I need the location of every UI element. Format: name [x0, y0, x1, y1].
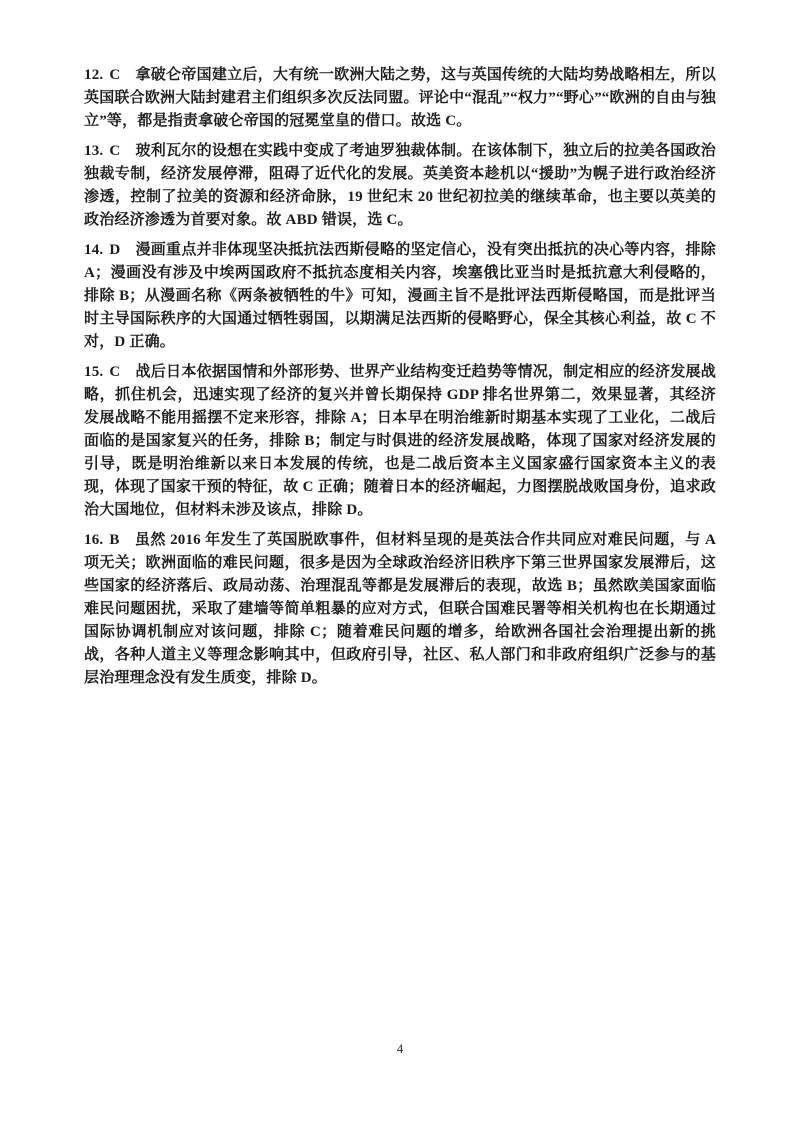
question-number: 15. — [84, 364, 103, 380]
answer-item-16: 16.B虽然 2016 年发生了英国脱欧事件，但材料呈现的是英法合作共同应对难民… — [84, 529, 716, 690]
answer-letter: C — [109, 143, 120, 159]
explanation-text: 拿破仑帝国建立后，大有统一欧洲大陆之势，这与英国传统的大陆均势战略相左，所以英国… — [84, 67, 716, 129]
answer-letter: B — [109, 532, 119, 548]
answer-item-14: 14.D漫画重点并非体现坚决抵抗法西斯侵略的坚定信心，没有突出抵抗的决心等内容，… — [84, 239, 716, 354]
explanation-text: 漫画重点并非体现坚决抵抗法西斯侵略的坚定信心，没有突出抵抗的决心等内容，排除 A… — [84, 242, 716, 350]
explanation-text: 虽然 2016 年发生了英国脱欧事件，但材料呈现的是英法合作共同应对难民问题，与… — [84, 532, 716, 686]
page-footer: 4 — [0, 1040, 800, 1058]
question-number: 16. — [84, 532, 103, 548]
document-page: 12.C拿破仑帝国建立后，大有统一欧洲大陆之势，这与英国传统的大陆均势战略相左，… — [0, 0, 800, 1132]
answer-letter: D — [109, 242, 120, 258]
explanation-text: 战后日本依据国情和外部形势、世界产业结构变迁趋势等情况，制定相应的经济发展战略，… — [84, 364, 716, 518]
question-number: 12. — [84, 67, 103, 83]
answer-item-12: 12.C拿破仑帝国建立后，大有统一欧洲大陆之势，这与英国传统的大陆均势战略相左，… — [84, 64, 716, 133]
answer-item-13: 13.C玻利瓦尔的设想在实践中变成了考迪罗独裁体制。在该体制下，独立后的拉美各国… — [84, 140, 716, 232]
question-number: 14. — [84, 242, 103, 258]
explanation-text: 玻利瓦尔的设想在实践中变成了考迪罗独裁体制。在该体制下，独立后的拉美各国政治独裁… — [84, 143, 716, 228]
answer-letter: C — [109, 67, 120, 83]
question-number: 13. — [84, 143, 103, 159]
answer-item-15: 15.C战后日本依据国情和外部形势、世界产业结构变迁趋势等情况，制定相应的经济发… — [84, 361, 716, 522]
answer-letter: C — [109, 364, 120, 380]
answer-explanations: 12.C拿破仑帝国建立后，大有统一欧洲大陆之势，这与英国传统的大陆均势战略相左，… — [84, 64, 716, 697]
page-number: 4 — [397, 1041, 404, 1056]
